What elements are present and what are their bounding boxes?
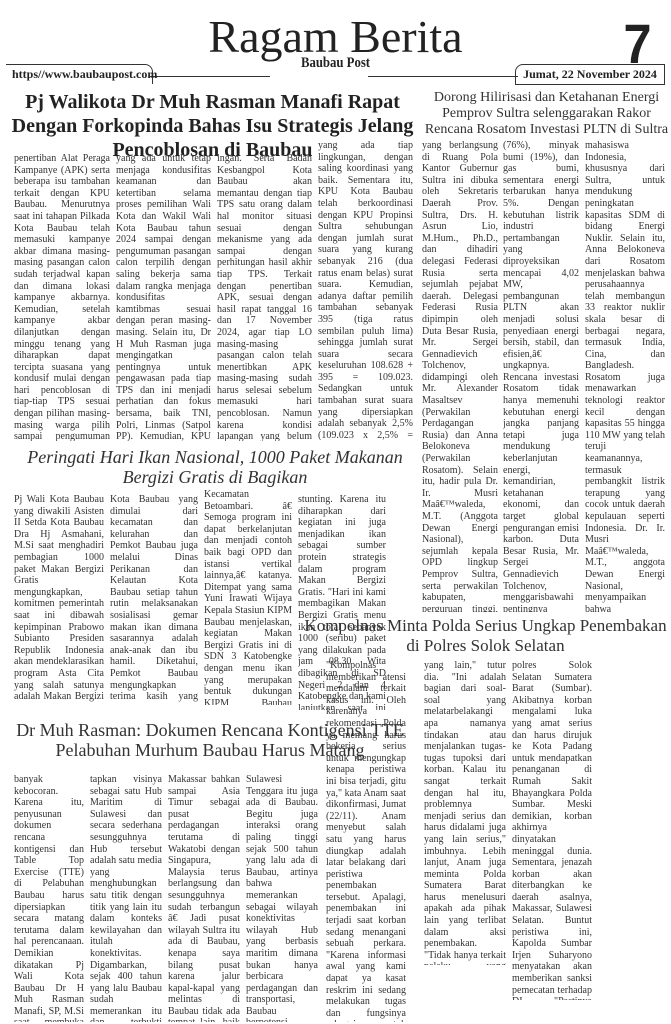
website-url[interactable]: https//www.baubaupost.com (6, 64, 153, 84)
article-column: "Kompolnas memberikan atensi mendalam te… (326, 660, 406, 1022)
article-column: yang ada untuk tetap menjaga kondusifita… (116, 153, 211, 441)
article-column: Pj Wali Kota Baubau yang diwakili Asiste… (14, 494, 104, 704)
article-column: yang lain," tutur dia. "Ini adalah bagia… (424, 660, 506, 965)
headline-tte: Dr Muh Rasman: Dokumen Rencana Kontigens… (10, 720, 410, 760)
article-column: (76%), minyak bumi (19%), dan gas bumi, … (503, 140, 579, 612)
masthead: Ragam Berita Baubau Post 7 https//www.ba… (0, 0, 671, 86)
section-title: Ragam Berita (0, 14, 671, 60)
article-column: ingan. Serta Badan Kesbangpol Kota Bauba… (217, 153, 312, 441)
masthead-rule (368, 76, 518, 77)
article-column: penertiban Alat Peraga Kampanye (APK) se… (14, 153, 110, 441)
masthead-rule (150, 76, 270, 77)
article-column: tapkan visinya sebagai satu Hub Maritim … (90, 774, 162, 1022)
article-column: Kota Baubau yang dimulai dari kecamatan … (110, 494, 198, 704)
article-column: banyak kebocoran. Karena itu, penyusunan… (14, 774, 84, 1022)
headline-rosatom: Dorong Hilirisasi dan Ketahanan Energi P… (422, 90, 671, 138)
article-column: polres Solok Selatan Sumatera Barat (Sum… (512, 660, 592, 1000)
article-column: Kecamatan Betoambari. â€ Semoga program … (204, 489, 292, 705)
headline-hari-ikan: Peringati Hari Ikan Nasional, 1000 Paket… (10, 447, 420, 487)
article-column: yang berlangsung di Ruang Pola Kantor Gu… (422, 140, 498, 612)
article-column: Makassar bahkan sampai Asia Timur sebaga… (168, 774, 240, 1022)
issue-date: Jumat, 22 November 2024 (515, 64, 665, 85)
headline-kompolnas: Kompolnas Minta Polda Serius Ungkap Pene… (300, 616, 671, 656)
article-column: yang ada tiap lingkungan, dengan saling … (318, 140, 413, 440)
article-column: mahasiswa Indonesia, khususnya dari Sult… (585, 140, 665, 612)
article-column: Sulawesi Tenggara itu juga ada di Baubau… (246, 774, 318, 1022)
